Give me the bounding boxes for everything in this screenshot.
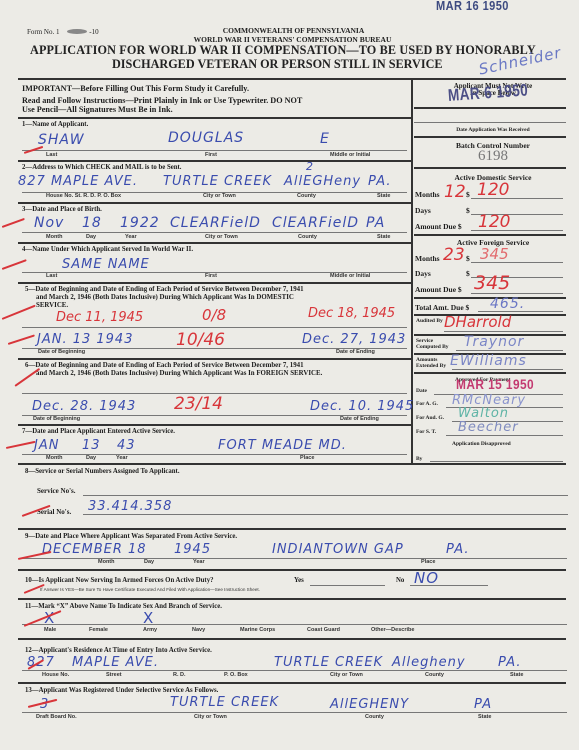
q3-label-year: Year xyxy=(125,234,137,240)
q3-label-state: State xyxy=(377,234,390,240)
received-date-stamp: MAR 6 1950 xyxy=(447,80,529,106)
q4-name-value[interactable]: SAME NAME xyxy=(62,257,150,272)
instructions-line2: Use Pencil—All Signatures Must Be in Ink… xyxy=(22,105,173,114)
q11-option-marine-corps[interactable]: Marine Corps xyxy=(240,627,275,633)
approved-date-stamp: MAR 15 1950 xyxy=(456,376,534,392)
q12-label-rd: R. D. xyxy=(173,672,186,678)
q3-day-value[interactable]: 18 xyxy=(82,215,102,231)
q12-label-city: City or Town xyxy=(330,672,363,678)
received-label: Date Application Was Received xyxy=(413,127,573,133)
approval-date-label: Date xyxy=(416,388,427,394)
q3-state-value[interactable]: PA xyxy=(366,215,385,231)
extended-by-signature: EWilliams xyxy=(450,353,527,369)
q2-city-value[interactable]: TURTLE CREEK xyxy=(163,174,272,189)
q11-option-army[interactable]: Army xyxy=(143,627,157,633)
q3-month-value[interactable]: Nov xyxy=(34,215,64,231)
q6-heading-line1: 6—Date of Beginning and Date of Ending o… xyxy=(25,362,304,369)
q5-heading-line1: 5—Date of Beginning and Date of Ending o… xyxy=(25,286,304,293)
q4-heading: 4—Name Under Which Applicant Served In W… xyxy=(22,246,193,253)
q4-label-first: First xyxy=(205,273,217,279)
q5-label-begin: Date of Beginning xyxy=(38,349,85,355)
foreign-days-label: Days xyxy=(415,269,431,278)
q9-place-value[interactable]: INDIANTOWN GAP xyxy=(272,542,404,557)
q13-state-value[interactable]: PA xyxy=(474,697,492,712)
header-line1: COMMONWEALTH OF PENNSYLVANIA xyxy=(0,26,579,35)
computed-by-signature: Traynor xyxy=(464,334,524,350)
q6-end-value[interactable]: Dec. 10. 1945 xyxy=(310,399,414,414)
q6-heading-line2: and March 2, 1946 (Both Dates Inclusive)… xyxy=(36,370,322,377)
computed-by-label: Service Computed By xyxy=(416,338,456,350)
q11-option-other[interactable]: Other—Describe xyxy=(371,627,414,633)
q11-option-male[interactable]: Male xyxy=(44,627,56,633)
q13-heading: 13—Applicant Was Registered Under Select… xyxy=(25,687,218,694)
q9-year-value[interactable]: 1945 xyxy=(174,542,211,557)
q3-label-day: Day xyxy=(86,234,96,240)
disapproved-by-label: By xyxy=(416,456,422,462)
q1-label-first: First xyxy=(205,152,217,158)
st-signature: Beecher xyxy=(458,420,519,435)
q13-label-board: Draft Board No. xyxy=(36,714,77,720)
q1-first-value[interactable]: DOUGLAS xyxy=(168,130,244,146)
q10-yes-label: Yes xyxy=(294,577,304,584)
q12-label-street: Street xyxy=(106,672,122,678)
q7-year-value[interactable]: 43 xyxy=(117,438,136,453)
q7-label-day: Day xyxy=(86,455,96,461)
q2-label-city: City or Town xyxy=(203,193,236,199)
q2-label-state: State xyxy=(377,193,390,199)
domestic-due-value[interactable]: 120 xyxy=(478,212,510,232)
q6-red-calc: 23/14 xyxy=(174,394,223,414)
audited-by-signature: DHarrold xyxy=(444,313,511,331)
domestic-months-value[interactable]: 12 xyxy=(444,182,466,202)
domestic-days-label: Days xyxy=(415,206,431,215)
q10-note: If Answer Is YES—Be Sure To Have Certifi… xyxy=(40,587,260,592)
q5-red-end: Dec 18, 1945 xyxy=(308,306,395,321)
batch-control-number: 6198 xyxy=(413,148,573,165)
q1-last-value[interactable]: SHAW xyxy=(38,132,85,148)
q9-label-day: Day xyxy=(144,559,154,565)
domestic-months-dollar: $ xyxy=(466,190,470,199)
q7-month-value[interactable]: JAN xyxy=(34,438,59,453)
q5-end-value[interactable]: Dec. 27, 1943 xyxy=(302,332,406,347)
q3-city-value[interactable]: CLEARFielD xyxy=(170,215,261,231)
q2-state-value[interactable]: PA. xyxy=(368,174,391,189)
q7-day-value[interactable]: 13 xyxy=(82,438,101,453)
q9-month-value[interactable]: DECEMBER xyxy=(42,542,123,557)
q9-state-value[interactable]: PA. xyxy=(446,542,469,557)
q12-heading: 12—Applicant's Residence At Time of Entr… xyxy=(25,647,212,654)
foreign-days-dollar: $ xyxy=(466,269,470,278)
foreign-months-dollar: $ xyxy=(466,254,470,263)
q10-no-label: No xyxy=(396,577,404,584)
q2-annotation: 2 xyxy=(306,160,314,173)
q9-label-month: Month xyxy=(98,559,115,565)
q5-heading-line2: and March 2, 1946 (Both Dates Inclusive)… xyxy=(36,294,294,301)
q3-heading: 3—Date and Place of Birth. xyxy=(22,206,102,213)
q12-label-house: House No. xyxy=(42,672,69,678)
form-title-line2: DISCHARGED VETERAN OR PERSON STILL IN SE… xyxy=(112,57,443,72)
q2-county-value[interactable]: AllEGHeny xyxy=(284,174,361,189)
foreign-months-amount[interactable]: 345 xyxy=(480,245,509,263)
aud-signature: Walton xyxy=(458,406,509,421)
q6-begin-value[interactable]: Dec. 28. 1943 xyxy=(32,399,136,414)
q13-label-county: County xyxy=(365,714,384,720)
q1-middle-value[interactable]: E xyxy=(320,131,330,147)
q3-label-city: City or Town xyxy=(205,234,238,240)
q4-label-middle: Middle or Initial xyxy=(330,273,370,279)
q9-label-place: Place xyxy=(421,559,435,565)
q5-red-begin: Dec 11, 1945 xyxy=(56,310,143,325)
q7-label-place: Place xyxy=(300,455,314,461)
q5-label-end: Date of Ending xyxy=(336,349,375,355)
q8-service-label: Service No's. xyxy=(37,487,76,495)
foreign-months-label: Months xyxy=(415,254,440,263)
q13-city-value[interactable]: TURTLE CREEK xyxy=(170,695,279,710)
q5-red-mid: 0/8 xyxy=(202,306,226,324)
q1-heading: 1—Name of Applicant. xyxy=(22,121,88,128)
q9-label-year: Year xyxy=(193,559,205,565)
q7-label-year: Year xyxy=(116,455,128,461)
total-due-label: Total Amt. Due $ xyxy=(415,303,469,312)
q2-label-house: House No. St. R. D. P. O. Box xyxy=(46,193,121,199)
q11-option-navy[interactable]: Navy xyxy=(192,627,205,633)
ag-label: For A. G. xyxy=(416,401,438,407)
instructions-line1: Read and Follow Instructions—Print Plain… xyxy=(22,96,302,105)
foreign-due-label: Amount Due $ xyxy=(415,285,462,294)
q3-year-value[interactable]: 1922 xyxy=(120,215,160,231)
q8-serial-value[interactable]: 33.414.358 xyxy=(88,499,172,514)
q12-city-value[interactable]: TURTLE CREEK xyxy=(274,655,383,670)
q3-county-value[interactable]: ClEARFielD xyxy=(272,215,359,231)
total-due-value[interactable]: 465. xyxy=(490,296,525,312)
q13-county-value[interactable]: AllEGHENY xyxy=(330,697,409,712)
domestic-days-dollar: $ xyxy=(466,206,470,215)
q5-heading-line3: SERVICE. xyxy=(36,302,68,309)
q3-label-county: County xyxy=(298,234,317,240)
q2-heading: 2—Address to Which CHECK and MAIL is to … xyxy=(22,164,182,171)
q9-day-value[interactable]: 18 xyxy=(128,542,147,557)
domestic-months-label: Months xyxy=(415,190,440,199)
st-label: For S. T. xyxy=(416,429,436,435)
received-stamp-top: MAR 16 1950 xyxy=(436,0,509,13)
foreign-months-value[interactable]: 23 xyxy=(443,245,465,265)
q9-heading: 9—Date and Place Where Applicant Was Sep… xyxy=(25,533,237,540)
q13-label-state: State xyxy=(478,714,491,720)
q8-heading: 8—Service or Serial Numbers Assigned To … xyxy=(25,468,180,475)
q10-heading: 10—Is Applicant Now Serving In Armed For… xyxy=(25,577,214,584)
audited-by-label: Audited By xyxy=(416,318,446,324)
q11-option-female[interactable]: Female xyxy=(89,627,108,633)
aud-label: For Aud. G. xyxy=(416,415,444,421)
q12-state-value[interactable]: PA. xyxy=(498,655,521,670)
q7-place-value[interactable]: FORT MEADE MD. xyxy=(218,438,347,453)
q4-label-last: Last xyxy=(46,273,57,279)
q1-label-last: Last xyxy=(46,152,57,158)
q12-label-state: State xyxy=(510,672,523,678)
q6-label-end: Date of Ending xyxy=(340,416,379,422)
q12-street-value[interactable]: MAPLE AVE. xyxy=(72,655,159,670)
q1-label-middle: Middle or Initial xyxy=(330,152,370,158)
q7-heading: 7—Date and Place Applicant Entered Activ… xyxy=(22,428,175,435)
q5-red-calc: 10/46 xyxy=(176,330,225,350)
q13-label-city: City or Town xyxy=(194,714,227,720)
form-title-line1: APPLICATION FOR WORLD WAR II COMPENSATIO… xyxy=(30,43,536,58)
domestic-due-label: Amount Due $ xyxy=(415,222,462,231)
q12-label-po: P. O. Box xyxy=(224,672,248,678)
q2-label-county: County xyxy=(297,193,316,199)
q3-label-month: Month xyxy=(46,234,63,240)
disapproved-label: Application Disapproved xyxy=(452,441,511,447)
q11-option-coast-guard[interactable]: Coast Guard xyxy=(307,627,340,633)
q12-label-county: County xyxy=(425,672,444,678)
q12-county-value[interactable]: Allegheny xyxy=(392,655,466,670)
important-notice: IMPORTANT—Before Filling Out This Form S… xyxy=(22,84,249,93)
q2-house-value[interactable]: 827 MAPLE AVE. xyxy=(18,174,138,189)
domestic-months-amount[interactable]: 120 xyxy=(477,180,509,200)
q5-begin-value[interactable]: JAN. 13 1943 xyxy=(37,332,133,347)
q6-label-begin: Date of Beginning xyxy=(33,416,80,422)
foreign-due-value[interactable]: 345 xyxy=(474,272,510,294)
q7-label-month: Month xyxy=(46,455,63,461)
